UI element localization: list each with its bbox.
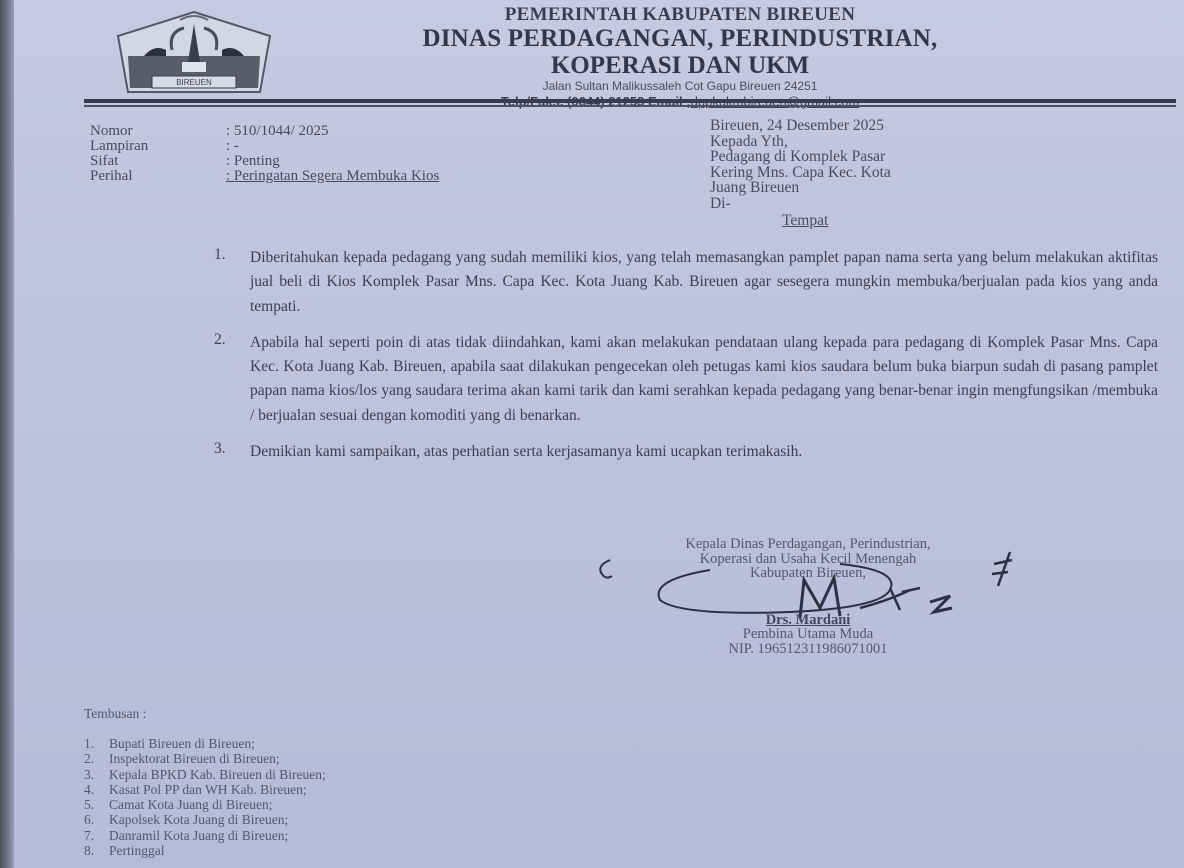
letterhead-divider [84, 99, 1176, 103]
addressee-line: Juang Bireuen [710, 180, 891, 196]
point-text: Apabila hal seperti poin di atas tidak d… [250, 331, 1158, 428]
letter-body: 1. Diberitahukan kepada pedagang yang su… [214, 246, 1158, 464]
body-point: 1. Diberitahukan kepada pedagang yang su… [214, 246, 1158, 319]
page-shadow-edge [0, 0, 14, 868]
cc-item: 4.Kasat Pol PP dan WH Kab. Bireuen; [84, 782, 326, 797]
letter-meta: Nomor : 510/1044/ 2025 Lampiran : - Sifa… [90, 124, 439, 184]
body-point: 2. Apabila hal seperti poin di atas tida… [214, 331, 1158, 428]
agency-name-line1: DINAS PERDAGANGAN, PERINDUSTRIAN, [330, 26, 1030, 52]
addressee-salutation: Kepada Yth, [710, 134, 891, 150]
regency-emblem-icon: BIREUEN [114, 10, 274, 98]
body-point: 3. Demikian kami sampaikan, atas perhati… [214, 440, 1158, 464]
government-name: PEMERINTAH KABUPATEN BIREUEN [330, 4, 1030, 26]
meta-value: : 510/1044/ 2025 [226, 124, 329, 139]
agency-address: Jalan Sultan Malikussaleh Cot Gapu Bireu… [330, 79, 1030, 94]
meta-value: : Penting [226, 154, 280, 169]
letterhead-divider-thin [84, 105, 1176, 107]
meta-value-subject: : Peringatan Segera Membuka Kios [226, 169, 439, 184]
cc-item: 3.Kepala BPKD Kab. Bireuen di Bireuen; [84, 767, 326, 782]
meta-label: Lampiran [90, 139, 226, 154]
cc-item: 5.Camat Kota Juang di Bireuen; [84, 797, 326, 812]
meta-row-nomor: Nomor : 510/1044/ 2025 [90, 124, 439, 139]
letterhead: PEMERINTAH KABUPATEN BIREUEN DINAS PERDA… [330, 4, 1030, 110]
cc-items: 1.Bupati Bireuen di Bireuen; 2.Inspektor… [84, 736, 326, 858]
letter-page: BIREUEN PEMERINTAH KABUPATEN BIREUEN DIN… [0, 0, 1184, 868]
addressee-line: Kering Mns. Capa Kec. Kota [710, 165, 891, 181]
meta-row-perihal: Perihal : Peringatan Segera Membuka Kios [90, 169, 439, 184]
addressee-line: Pedagang di Komplek Pasar [710, 149, 891, 165]
meta-label: Perihal [90, 169, 226, 184]
meta-value: : - [226, 139, 239, 154]
carbon-copy-list: Tembusan : 1.Bupati Bireuen di Bireuen; … [84, 706, 326, 858]
point-number: 3. [214, 440, 250, 464]
meta-label: Sifat [90, 154, 226, 169]
meta-label: Nomor [90, 124, 226, 139]
addressee-di: Di- [710, 196, 891, 212]
letter-date: Bireuen, 24 Desember 2025 [710, 118, 891, 134]
cc-item: 1.Bupati Bireuen di Bireuen; [84, 736, 326, 751]
signer-title: Kabupaten Bireuen, [598, 566, 1018, 581]
addressee-place: Tempat [710, 213, 891, 229]
signer-title: Koperasi dan Usaha Kecil Menengah [598, 552, 1018, 567]
meta-row-lampiran: Lampiran : - [90, 139, 439, 154]
svg-text:BIREUEN: BIREUEN [176, 78, 212, 87]
signer-rank: Pembina Utama Muda [598, 627, 1018, 642]
cc-item: 2.Inspektorat Bireuen di Bireuen; [84, 751, 326, 766]
cc-item: 6.Kapolsek Kota Juang di Bireuen; [84, 812, 326, 827]
addressee-block: Bireuen, 24 Desember 2025 Kepada Yth, Pe… [710, 118, 891, 229]
signer-name: Drs. Mardani [598, 613, 1018, 628]
point-number: 1. [214, 246, 250, 319]
cc-item: 7.Danramil Kota Juang di Bireuen; [84, 828, 326, 843]
meta-row-sifat: Sifat : Penting [90, 154, 439, 169]
signer-title: Kepala Dinas Perdagangan, Perindustrian, [598, 537, 1018, 552]
signer-nip: NIP. 196512311986071001 [598, 642, 1018, 657]
cc-title: Tembusan : [84, 706, 326, 722]
cc-item: 8.Pertinggal [84, 843, 326, 858]
point-text: Demikian kami sampaikan, atas perhatian … [250, 440, 802, 464]
agency-name-line2: KOPERASI DAN UKM [330, 52, 1030, 79]
point-number: 2. [214, 331, 250, 428]
point-text: Diberitahukan kepada pedagang yang sudah… [250, 246, 1158, 319]
signature-block: Kepala Dinas Perdagangan, Perindustrian,… [598, 537, 1018, 656]
